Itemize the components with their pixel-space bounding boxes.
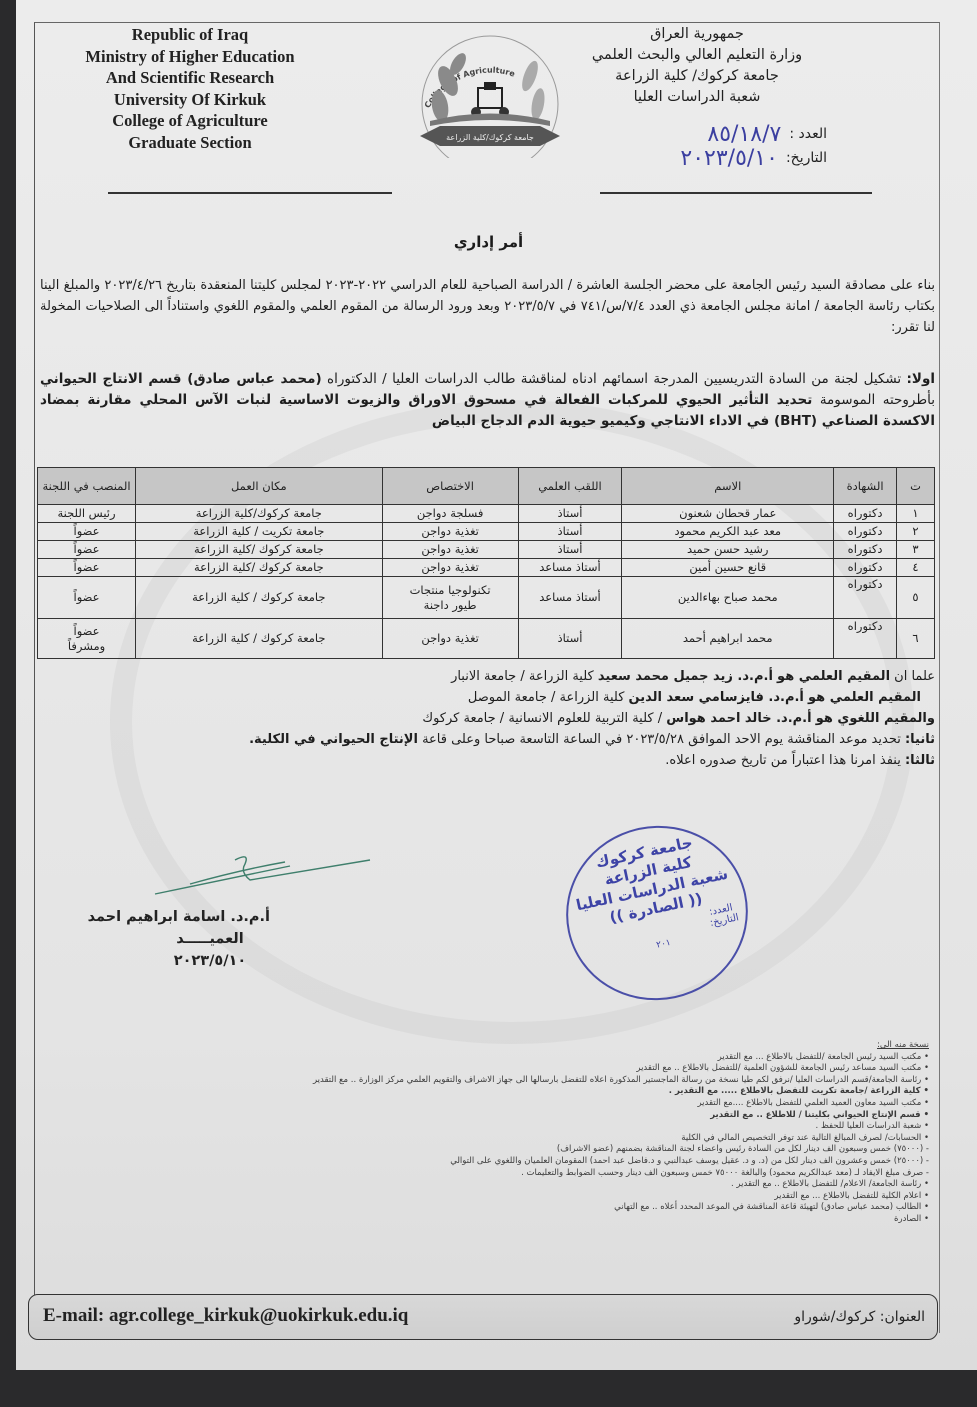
copy-item: - (٧٥٠٠٠) خمس وسبعون الف دينار لكل من ال… bbox=[209, 1144, 929, 1156]
intro-paragraph: بناء على مصادقة السيد رئيس الجامعة على م… bbox=[40, 275, 935, 338]
copies-list: نسخة منه الى: • مكتب السيد رئيس الجامعة … bbox=[209, 1040, 929, 1226]
footer-bar: E-mail: agr.college_kirkuk@uokirkuk.edu.… bbox=[28, 1294, 938, 1340]
cell: جامعة كركوك/كلية الزراعة bbox=[136, 505, 383, 523]
number-label: العدد : bbox=[789, 126, 827, 142]
cell: عضواً ومشرفاً bbox=[38, 619, 136, 659]
letterhead-line: جمهورية العراق bbox=[547, 24, 847, 45]
letterhead-line: Republic of Iraq bbox=[40, 24, 340, 46]
table-row: ٣ دكتوراه رشيد حسن حميد أستاذ تغذية دواج… bbox=[38, 541, 935, 559]
date-label: التاريخ: bbox=[786, 150, 827, 166]
header-divider-right bbox=[600, 192, 872, 194]
english-letterhead: Republic of Iraq Ministry of Higher Educ… bbox=[40, 24, 340, 153]
header-divider-left bbox=[108, 192, 392, 194]
cell: ٥ bbox=[897, 577, 935, 619]
cell: عضواً bbox=[38, 541, 136, 559]
cell: عمار قحطان شعنون bbox=[622, 505, 834, 523]
first-text-b: بأطروحته الموسومة bbox=[820, 392, 935, 408]
reviewer-place: كلية الزراعة / جامعة الموصل bbox=[468, 690, 625, 705]
signature-date: ٢٠٢٣/٥/١٠ bbox=[150, 950, 270, 972]
copy-item: • رئاسة الجامعة/ الاعلام/ للتفضل بالاطلا… bbox=[209, 1179, 929, 1191]
logo-ribbon-text: جامعة كركوك/كلية الزراعة bbox=[446, 133, 534, 142]
date-value: ٢٠٢٣/٥/١٠ bbox=[680, 146, 778, 171]
cell: تكنولوجيا منتجات طيور داجنة bbox=[382, 577, 518, 619]
cell: معد عبد الكريم محمود bbox=[622, 523, 834, 541]
copy-item: • رئاسة الجامعة/قسم الدراسات العليا /نرف… bbox=[209, 1075, 929, 1087]
arabic-letterhead: جمهورية العراق وزارة التعليم العالي والب… bbox=[547, 24, 847, 108]
reviewer-prefix: علما ان bbox=[894, 669, 935, 684]
cell: جامعة كركوك /كلية الزراعة bbox=[136, 541, 383, 559]
reference-number-row: العدد : ٨٥/١٨/٧ bbox=[567, 122, 827, 146]
reviewer-name: أ.م.د. زيد جميل محمد سعيد bbox=[598, 669, 773, 684]
table-row: ٢ دكتوراه معد عبد الكريم محمود أستاذ تغذ… bbox=[38, 523, 935, 541]
second-clause: ثانيا: تحديد موعد المناقشة يوم الاحد الم… bbox=[40, 729, 935, 750]
copy-item: • كلية الزراعة /جامعة تكريت للتفضل بالاط… bbox=[209, 1086, 929, 1098]
letterhead-line: College of Agriculture bbox=[40, 110, 340, 132]
copy-item: • مكتب السيد رئيس الجامعة /للتفضل بالاطل… bbox=[209, 1052, 929, 1064]
copy-item: • الصادرة bbox=[209, 1214, 929, 1226]
second-label: ثانيا: bbox=[905, 732, 935, 747]
cell: ٦ bbox=[897, 619, 935, 659]
first-clause: اولا: تشكيل لجنة من السادة التدريسيين ال… bbox=[40, 369, 935, 432]
column-header: الاسم bbox=[622, 468, 834, 505]
reviewer-role: المقيم العلمي هو bbox=[808, 690, 921, 705]
committee-table: ت الشهادة الاسم اللقب العلمي الاختصاص مك… bbox=[37, 467, 935, 659]
cell: تغذية دواجن bbox=[382, 559, 518, 577]
cell: دكتوراه bbox=[834, 523, 897, 541]
reviewer-line: المقيم العلمي هو أ.م.د. فايزسامي سعد الد… bbox=[40, 687, 935, 708]
cell: جامعة كركوك / كلية الزراعة bbox=[136, 577, 383, 619]
copy-item: - صرف مبلغ الايفاد لـ (معد عبدالكريم محم… bbox=[209, 1168, 929, 1180]
third-clause: ثالثا: ينفذ امرنا هذا اعتباراً من تاريخ … bbox=[40, 750, 935, 771]
cell: رشيد حسن حميد bbox=[622, 541, 834, 559]
second-text: تحديد موعد المناقشة يوم الاحد الموافق ٢٠… bbox=[422, 732, 901, 747]
third-text: ينفذ امرنا هذا اعتباراً من تاريخ صدوره ا… bbox=[665, 753, 901, 768]
cell: رئيس اللجنة bbox=[38, 505, 136, 523]
cell: عضواً bbox=[38, 577, 136, 619]
cell: عضواً bbox=[38, 523, 136, 541]
column-header: المنصب في اللجنة bbox=[38, 468, 136, 505]
cell: أستاذ مساعد bbox=[518, 577, 622, 619]
reviewer-line: علما ان المقيم العلمي هو أ.م.د. زيد جميل… bbox=[40, 666, 935, 687]
cell: فسلجة دواجن bbox=[382, 505, 518, 523]
cell: دكتوراه bbox=[834, 559, 897, 577]
letterhead-line: Graduate Section bbox=[40, 132, 340, 154]
reference-date-row: التاريخ: ٢٠٢٣/٥/١٠ bbox=[567, 146, 827, 170]
cell: ٢ bbox=[897, 523, 935, 541]
reviewer-line: والمقيم اللغوي هو أ.م.د. خالد احمد هواس … bbox=[40, 708, 935, 729]
cell: أستاذ مساعد bbox=[518, 559, 622, 577]
reviewer-prefix: و bbox=[927, 711, 935, 726]
letterhead-line: وزارة التعليم العالي والبحث العلمي bbox=[547, 45, 847, 66]
footer-address: العنوان: كركوك/شوراو bbox=[794, 1309, 925, 1325]
letterhead-line: University Of Kirkuk bbox=[40, 89, 340, 111]
reviewer-role: المقيم العلمي هو bbox=[777, 669, 890, 684]
letterhead-line: شعبة الدراسات العليا bbox=[547, 87, 847, 108]
cell: أستاذ bbox=[518, 505, 622, 523]
document-title: أمر إداري bbox=[0, 233, 977, 251]
copy-item: • شعبة الدراسات العليا للحفظ . bbox=[209, 1121, 929, 1133]
reference-block: العدد : ٨٥/١٨/٧ التاريخ: ٢٠٢٣/٥/١٠ bbox=[567, 122, 827, 170]
reviewer-place: / كلية التربية للعلوم الانسانية / جامعة … bbox=[422, 711, 662, 726]
column-header: الاختصاص bbox=[382, 468, 518, 505]
copy-item: • الحسابات/ لصرف المبالغ التالية عند توف… bbox=[209, 1133, 929, 1145]
cell: جامعة كركوك /كلية الزراعة bbox=[136, 559, 383, 577]
footer-email: E-mail: agr.college_kirkuk@uokirkuk.edu.… bbox=[43, 1305, 408, 1327]
first-label: اولا: bbox=[907, 371, 935, 387]
copy-item: • اعلام الكلية للتفضل بالاطلاع ... مع ال… bbox=[209, 1191, 929, 1203]
reviewer-name: أ.م.د. فايزسامي سعد الدين bbox=[629, 690, 804, 705]
cell: دكتوراه bbox=[834, 577, 897, 619]
cell: تغذية دواجن bbox=[382, 619, 518, 659]
signature-block: أ.م.د. اسامة ابراهيم احمد العميـــــد ٢٠… bbox=[150, 906, 270, 972]
number-value: ٨٥/١٨/٧ bbox=[707, 122, 781, 147]
cell: محمد صباح بهاءالدين bbox=[622, 577, 834, 619]
copy-item: • قسم الإنتاج الحيواني بكليتنا / للاطلاع… bbox=[209, 1110, 929, 1122]
cell: عضواً bbox=[38, 559, 136, 577]
cell: تغذية دواجن bbox=[382, 541, 518, 559]
first-text: تشكيل لجنة من السادة التدريسيين المدرجة … bbox=[327, 371, 901, 387]
letterhead-line: Ministry of Higher Education bbox=[40, 46, 340, 68]
thesis-title: تحديد التأثير الحيوي للمركبات الفعالة في… bbox=[40, 392, 935, 429]
cell: أستاذ bbox=[518, 523, 622, 541]
cell: دكتوراه bbox=[834, 505, 897, 523]
copy-item: • الطالب (محمد عباس صادق) لتهيئة قاعة ال… bbox=[209, 1202, 929, 1214]
cell: دكتوراه bbox=[834, 619, 897, 659]
cell: أستاذ bbox=[518, 541, 622, 559]
column-header: ت bbox=[897, 468, 935, 505]
student-name: (محمد عباس صادق) قسم الانتاج الحيواني bbox=[40, 371, 322, 387]
signatory-title: العميـــــد bbox=[150, 928, 270, 950]
cell: ١ bbox=[897, 505, 935, 523]
cell: أستاذ bbox=[518, 619, 622, 659]
cell: قانع حسين أمين bbox=[622, 559, 834, 577]
copy-item: - (٢٥٠٠٠) خمس وعشرون الف دينار لكل من (د… bbox=[209, 1156, 929, 1168]
table-row: ١ دكتوراه عمار قحطان شعنون أستاذ فسلجة د… bbox=[38, 505, 935, 523]
cell: ٤ bbox=[897, 559, 935, 577]
signature-scribble-icon bbox=[150, 852, 420, 902]
table-row: ٥ دكتوراه محمد صباح بهاءالدين أستاذ مساع… bbox=[38, 577, 935, 619]
copy-item: • مكتب السيد معاون العميد العلمي للتفضل … bbox=[209, 1098, 929, 1110]
table-row: ٦ دكتوراه محمد ابراهيم أحمد أستاذ تغذية … bbox=[38, 619, 935, 659]
cell: جامعة تكريت / كلية الزراعة bbox=[136, 523, 383, 541]
cell: محمد ابراهيم أحمد bbox=[622, 619, 834, 659]
column-header: مكان العمل bbox=[136, 468, 383, 505]
reviewers-block: علما ان المقيم العلمي هو أ.م.د. زيد جميل… bbox=[40, 666, 935, 771]
cell: دكتوراه bbox=[834, 541, 897, 559]
reviewer-place: كلية الزراعة / جامعة الانبار bbox=[451, 669, 594, 684]
letterhead-line: And Scientific Research bbox=[40, 67, 340, 89]
letterhead-line: جامعة كركوك/ كلية الزراعة bbox=[547, 66, 847, 87]
third-label: ثالثا: bbox=[905, 753, 935, 768]
column-header: الشهادة bbox=[834, 468, 897, 505]
table-header-row: ت الشهادة الاسم اللقب العلمي الاختصاص مك… bbox=[38, 468, 935, 505]
copy-item: • مكتب السيد مساعد رئيس الجامعة للشؤون ا… bbox=[209, 1063, 929, 1075]
cell: تغذية دواجن bbox=[382, 523, 518, 541]
cell: ٣ bbox=[897, 541, 935, 559]
reviewer-name: أ.م.د. خالد احمد هواس bbox=[666, 711, 811, 726]
reviewer-role: المقيم اللغوي هو bbox=[816, 711, 927, 726]
table-row: ٤ دكتوراه قانع حسين أمين أستاذ مساعد تغذ… bbox=[38, 559, 935, 577]
cell: جامعة كركوك / كلية الزراعة bbox=[136, 619, 383, 659]
copies-heading: نسخة منه الى: bbox=[209, 1040, 929, 1052]
column-header: اللقب العلمي bbox=[518, 468, 622, 505]
signatory-name: أ.م.د. اسامة ابراهيم احمد bbox=[150, 906, 270, 928]
second-venue: الإنتاج الحيواني في الكلية. bbox=[249, 732, 418, 747]
